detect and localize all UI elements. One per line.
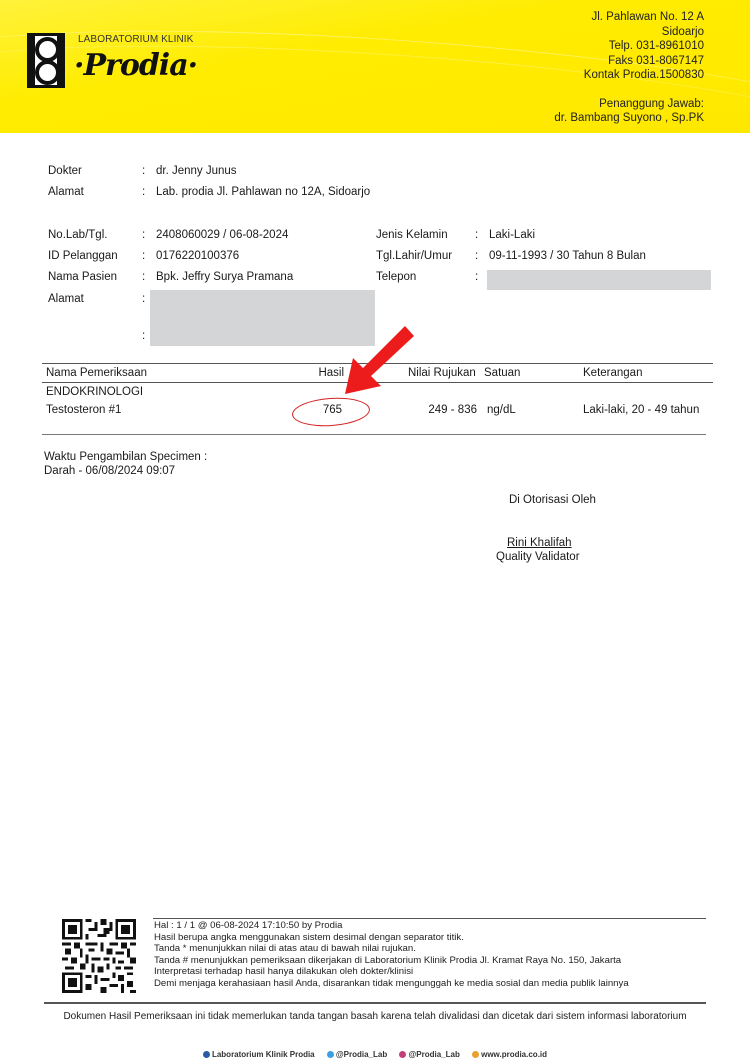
col-header-unit: Satuan — [484, 367, 520, 379]
lab-contact: Jl. Pahlawan No. 12 A Sidoarjo Telp. 031… — [554, 10, 704, 126]
prodia-logo-icon — [27, 33, 65, 88]
instagram-icon — [399, 1051, 406, 1058]
customer-id-value: 0176220100376 — [156, 250, 239, 262]
brand-name: ·Prodia· — [74, 48, 197, 83]
footer-note: Tanda * menunjukkan nilai di atas atau d… — [154, 943, 629, 955]
document-note: Dokumen Hasil Pemeriksaan ini tidak meme… — [0, 1011, 750, 1022]
red-arrow-annotation-icon — [335, 318, 415, 398]
col-header-name: Nama Pemeriksaan — [46, 367, 147, 379]
social-instagram[interactable]: @Prodia_Lab — [399, 1050, 459, 1059]
social-website[interactable]: www.prodia.co.id — [472, 1050, 547, 1059]
gender-value: Laki-Laki — [489, 229, 535, 241]
test-unit: ng/dL — [487, 404, 516, 416]
fax: Faks 031-8067147 — [554, 54, 704, 69]
footer-top-rule — [153, 918, 706, 919]
dob-value: 09-11-1993 / 30 Tahun 8 Bulan — [489, 250, 646, 262]
facebook-icon — [203, 1051, 210, 1058]
test-reference: 249 - 836 — [400, 404, 477, 416]
validator-name: Rini Khalifah — [507, 537, 572, 549]
section-title: ENDOKRINOLOGI — [46, 386, 143, 398]
footer-note: Demi menjaga kerahasiaan hasil Anda, dis… — [154, 978, 629, 990]
lab-label: LABORATORIUM KLINIK — [78, 34, 193, 45]
responsible-label: Penanggung Jawab: — [554, 97, 704, 112]
address-line: Jl. Pahlawan No. 12 A — [554, 10, 704, 25]
address-city: Sidoarjo — [554, 25, 704, 40]
footer-note: Interpretasi terhadap hasil hanya dilaku… — [154, 966, 629, 978]
twitter-icon — [327, 1051, 334, 1058]
doctor-value: dr. Jenny Junus — [156, 165, 237, 177]
footer-bottom-rule — [44, 1002, 706, 1004]
footer-note: Hasil berupa angka menggunakan sistem de… — [154, 932, 629, 944]
phone: Telp. 031-8961010 — [554, 39, 704, 54]
authorized-by-label: Di Otorisasi Oleh — [509, 494, 596, 506]
result-circle-annotation — [291, 395, 371, 428]
doctor-address-value: Lab. prodia Jl. Pahlawan no 12A, Sidoarj… — [156, 186, 370, 198]
table-bottom-rule — [42, 434, 706, 435]
lab-no-value: 2408060029 / 06-08-2024 — [156, 229, 288, 241]
test-note: Laki-laki, 20 - 49 tahun — [583, 404, 699, 416]
footer-note: Tanda # menunjukkan pemeriksaan dikerjak… — [154, 955, 629, 967]
social-links: Laboratorium Klinik Prodia @Prodia_Lab @… — [0, 1050, 750, 1059]
col-header-reference: Nilai Rujukan — [408, 367, 476, 379]
page-info: Hal : 1 / 1 @ 06-08-2024 17:10:50 by Pro… — [154, 920, 629, 932]
contact: Kontak Prodia.1500830 — [554, 68, 704, 83]
validator-role: Quality Validator — [496, 551, 580, 563]
patient-name-value: Bpk. Jeffry Surya Pramana — [156, 271, 293, 283]
qr-code-icon — [62, 919, 136, 993]
specimen-value: Darah - 06/08/2024 09:07 — [44, 465, 175, 477]
social-facebook[interactable]: Laboratorium Klinik Prodia — [203, 1050, 315, 1059]
col-header-note: Keterangan — [583, 367, 642, 379]
test-name: Testosteron #1 — [46, 404, 121, 416]
web-icon — [472, 1051, 479, 1058]
specimen-label: Waktu Pengambilan Specimen : — [44, 451, 207, 463]
responsible-name: dr. Bambang Suyono , Sp.PK — [554, 111, 704, 126]
redacted-phone — [487, 270, 711, 290]
footer-notes: Hal : 1 / 1 @ 06-08-2024 17:10:50 by Pro… — [154, 920, 629, 990]
doctor-label: Dokter — [48, 165, 82, 177]
social-twitter[interactable]: @Prodia_Lab — [327, 1050, 387, 1059]
letterhead: LABORATORIUM KLINIK ·Prodia· Jl. Pahlawa… — [0, 0, 750, 133]
